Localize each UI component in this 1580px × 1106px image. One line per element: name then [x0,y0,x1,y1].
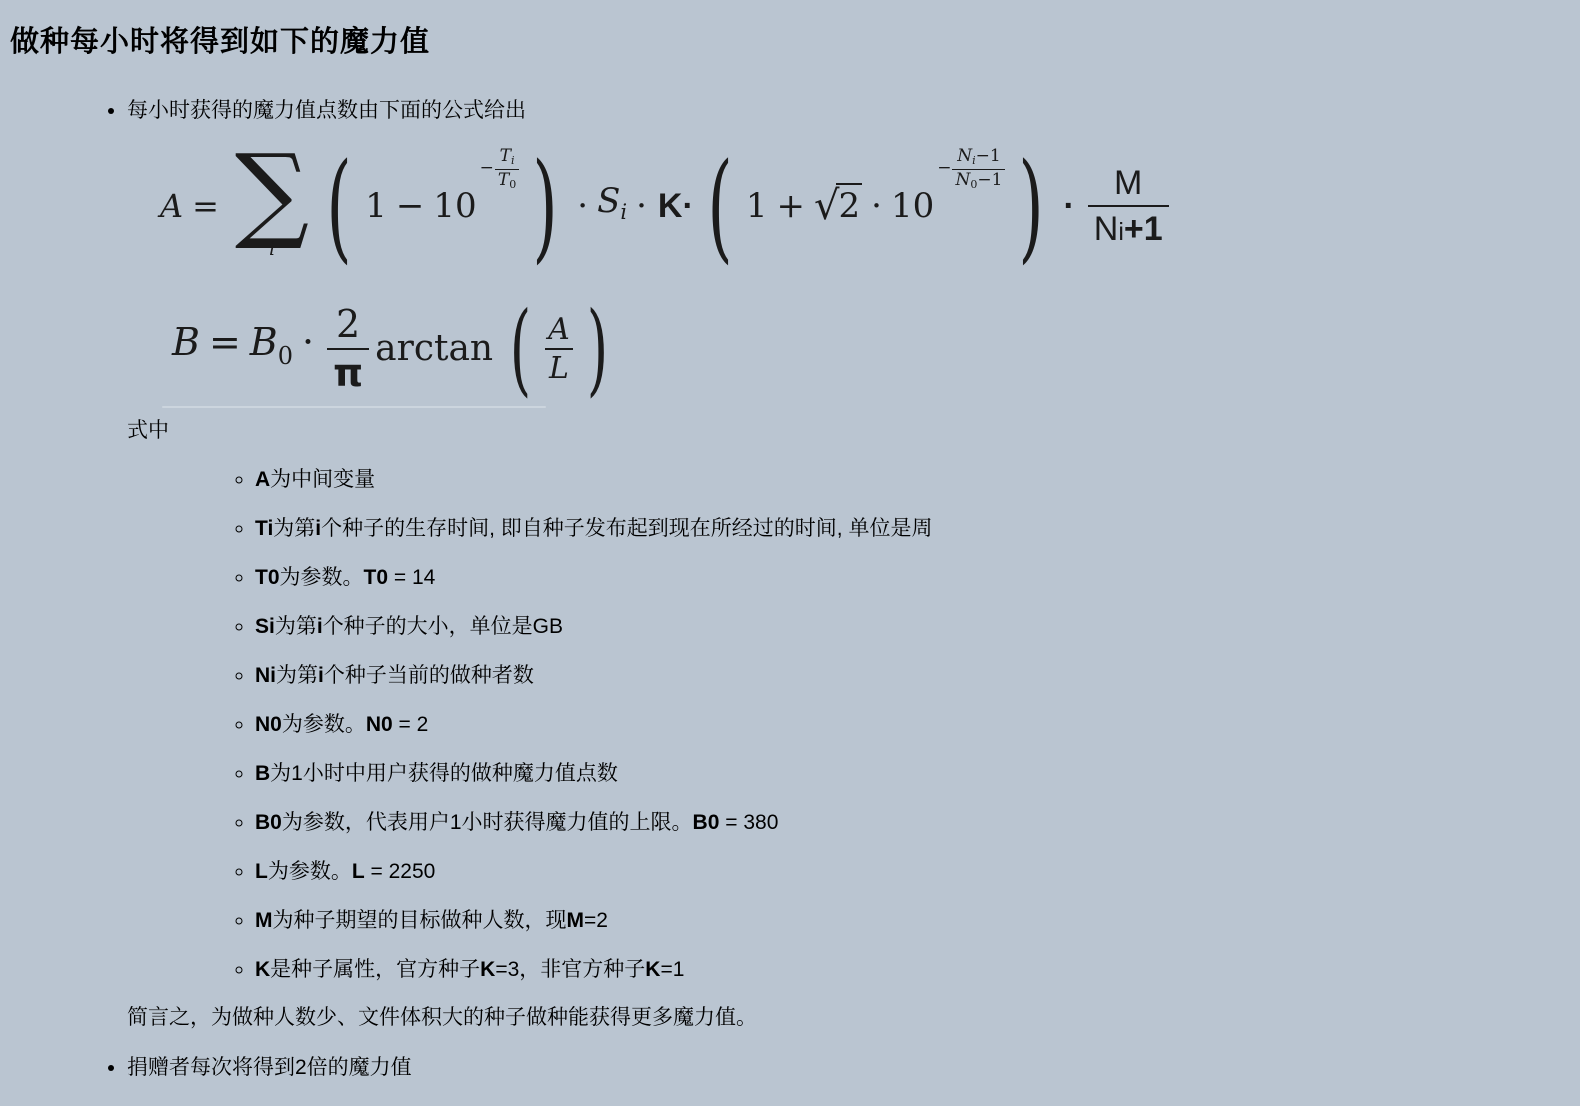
fraction-denominator: T0 [495,169,519,192]
definition-term: K [645,958,660,981]
definition-term: K [480,958,495,981]
definition-term: Ti [255,517,273,540]
k-factor: K· [658,195,694,217]
where-label: 式中 [127,420,1580,442]
cdot: · [577,195,588,217]
fraction-numerator: A [544,313,574,348]
definition-term: B [255,762,270,785]
definition-term: L [255,860,268,883]
var-B0: B [250,320,278,364]
exp-minus: − [480,159,494,179]
equals-sign: = [209,320,241,364]
fraction-denominator: Ni+1 [1088,205,1169,248]
a-over-l-fraction: A L [544,313,574,385]
definition-term: B0 [693,811,720,834]
base-ten: 10 [891,186,934,226]
formula-a-lhs: A= [160,195,228,217]
definition-item: Ni为第i个种子当前的做种者数 [255,665,1580,687]
definition-text: 是种子属性，官方种子 [270,958,480,981]
fraction-denominator: π [327,348,369,394]
definition-text: = 2 [393,713,429,736]
definition-item: T0为参数。T0 = 14 [255,567,1580,589]
definition-item: Si为第i个种子的大小，单位是GB [255,616,1580,638]
definition-text: 为第 [275,615,317,638]
definition-term: Ni [255,664,276,687]
var-B: B [172,320,200,364]
definition-item: L为参数。L = 2250 [255,861,1580,883]
cdot: · [302,320,314,364]
formula-b: B=B0· 2 π arctan ( A L ) [172,299,617,399]
minus-sign: − [396,186,425,226]
var-A: A [160,187,183,225]
fraction-numerator: Ni−1 [954,147,1003,169]
formula-b-lhs: B=B0· [172,331,323,367]
term1-base: 1−10 [365,195,476,217]
plus-sign: + [776,186,805,226]
definition-text: 为第 [273,517,315,540]
definition-text: 为参数。 [282,713,366,736]
cdot: · [871,186,882,226]
definition-item: B0为参数，代表用户1小时获得魔力值的上限。B0 = 380 [255,812,1580,834]
definition-text: 个种子的大小，单位是GB [323,615,563,638]
definition-text: 为种子期望的目标做种人数，现 [273,909,567,932]
sum-symbol: ∑ i [235,152,309,260]
term2-base: 1+√2·10 [746,195,934,217]
two-over-pi-fraction: 2 π [327,305,369,394]
main-item-formula-intro: 每小时获得的魔力值点数由下面的公式给出 A= ∑ i ( 1−10 − Ti T… [127,100,1580,1029]
definition-text: 个种子的生存时间, 即自种子发布起到现在所经过的时间, 单位是周 [321,517,932,540]
fraction-numerator: Ti [497,147,518,169]
definition-text: 为第 [276,664,318,687]
fraction-numerator: 2 [330,305,366,348]
sigma-glyph: ∑ [235,152,309,232]
definition-text: =1 [660,958,684,981]
definition-text: =2 [584,909,608,932]
definition-term: M [567,909,585,932]
base-ten: 10 [433,186,476,226]
definition-text: 为参数。 [280,566,364,589]
definition-term: N0 [255,713,282,736]
main-item-donor: 捐赠者每次将得到2倍的魔力值 [127,1057,1580,1079]
term2-exponent: − Ni−1 N0−1 [937,147,1005,191]
digit-one: 1 [746,186,768,226]
definition-text: 为中间变量 [270,468,375,491]
definition-term: K [255,958,270,981]
definition-term: M [255,909,273,932]
definition-text: =3，非官方种子 [495,958,645,981]
formula-image-edge [162,406,546,408]
definition-text: = 14 [388,566,435,589]
ni-over-n0-fraction: Ni−1 N0−1 [952,147,1005,191]
definition-term: Si [255,615,275,638]
formula-a: A= ∑ i ( 1−10 − Ti T0 ) · Si · K· ( 1+√2… [160,137,1169,275]
definition-item: Ti为第i个种子的生存时间, 即自种子发布起到现在所经过的时间, 单位是周 [255,518,1580,540]
definition-item: N0为参数。N0 = 2 [255,714,1580,736]
definition-term: A [255,468,270,491]
page-title: 做种每小时将得到如下的魔力值 [10,24,1580,60]
summary-text: 简言之，为做种人数少、文件体积大的种子做种能获得更多魔力值。 [127,1007,1580,1029]
s-i-term: Si [597,190,627,223]
definition-item: K是种子属性，官方种子K=3，非官方种子K=1 [255,959,1580,981]
intro-text: 每小时获得的魔力值点数由下面的公式给出 [127,99,526,122]
cdot: · [636,195,647,217]
donor-text: 捐赠者每次将得到2倍的魔力值 [127,1056,412,1079]
equals-sign: = [192,187,219,225]
ti-over-t0-fraction: Ti T0 [495,147,519,191]
definition-term: L [352,860,365,883]
definition-text: 为1小时中用户获得的做种魔力值点数 [270,762,618,785]
definition-text: = 380 [719,811,778,834]
exp-minus: − [937,159,951,179]
fraction-denominator: L [545,348,573,385]
definition-term: B0 [255,811,282,834]
sum-index: i [269,238,275,260]
definition-text: 为参数，代表用户1小时获得魔力值的上限。 [282,811,693,834]
m-over-n-fraction: M Ni+1 [1088,164,1169,247]
definitions-list: A为中间变量Ti为第i个种子的生存时间, 即自种子发布起到现在所经过的时间, 单… [127,469,1580,981]
digit-one: 1 [365,186,387,226]
definition-term: T0 [255,566,280,589]
definition-text: 个种子当前的做种者数 [324,664,534,687]
fraction-denominator: N0−1 [952,169,1005,192]
cdot: · [1063,195,1074,217]
term1-exponent: − Ti T0 [480,147,520,191]
definition-text: = 2250 [365,860,436,883]
sqrt-argument: 2 [836,183,862,226]
definition-item: B为1小时中用户获得的做种魔力值点数 [255,763,1580,785]
fraction-numerator: M [1106,164,1150,204]
definition-term: N0 [366,713,393,736]
definition-term: T0 [364,566,389,589]
main-list: 每小时获得的魔力值点数由下面的公式给出 A= ∑ i ( 1−10 − Ti T… [0,100,1580,1079]
definition-item: A为中间变量 [255,469,1580,491]
definition-item: M为种子期望的目标做种人数，现M=2 [255,910,1580,932]
arctan-function: arctan [375,338,493,360]
definition-text: 为参数。 [268,860,352,883]
